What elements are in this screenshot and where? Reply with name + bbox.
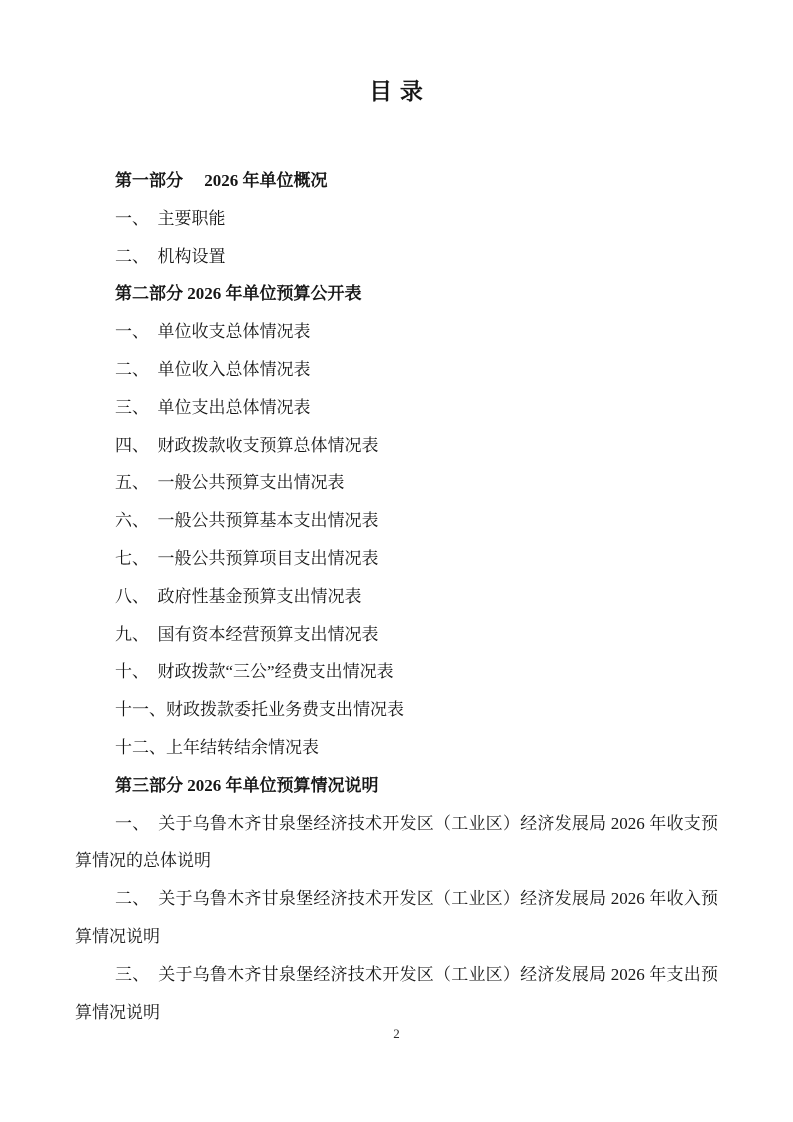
toc-entry: 二、 单位收入总体情况表 [75,351,718,389]
toc-entry: 八、 政府性基金预算支出情况表 [75,578,718,616]
table-of-contents: 第一部分 2026 年单位概况 一、 主要职能 二、 机构设置 第二部分 202… [75,162,718,1031]
toc-entry: 十一、财政拨款委托业务费支出情况表 [75,691,718,729]
toc-entry: 十二、上年结转结余情况表 [75,729,718,767]
toc-entry: 三、 单位支出总体情况表 [75,389,718,427]
toc-part1-heading: 第一部分 2026 年单位概况 [75,162,718,200]
toc-entry: 十、 财政拨款“三公”经费支出情况表 [75,653,718,691]
toc-entry: 一、 关于乌鲁木齐甘泉堡经济技术开发区（工业区）经济发展局 2026 年收支预算… [75,805,718,881]
toc-part2-heading: 第二部分 2026 年单位预算公开表 [75,275,718,313]
toc-entry: 六、 一般公共预算基本支出情况表 [75,502,718,540]
document-page: 目 录 第一部分 2026 年单位概况 一、 主要职能 二、 机构设置 第二部分… [0,0,793,1122]
toc-entry: 二、 关于乌鲁木齐甘泉堡经济技术开发区（工业区）经济发展局 2026 年收入预算… [75,880,718,956]
toc-entry: 五、 一般公共预算支出情况表 [75,464,718,502]
toc-part3-heading: 第三部分 2026 年单位预算情况说明 [75,767,718,805]
toc-entry: 四、 财政拨款收支预算总体情况表 [75,427,718,465]
toc-entry: 七、 一般公共预算项目支出情况表 [75,540,718,578]
toc-entry: 一、 单位收支总体情况表 [75,313,718,351]
toc-entry: 二、 机构设置 [75,238,718,276]
toc-entry: 三、 关于乌鲁木齐甘泉堡经济技术开发区（工业区）经济发展局 2026 年支出预算… [75,956,718,1032]
toc-entry: 九、 国有资本经营预算支出情况表 [75,616,718,654]
page-number: 2 [0,1026,793,1042]
toc-entry: 一、 主要职能 [75,200,718,238]
page-title: 目 录 [0,0,793,106]
